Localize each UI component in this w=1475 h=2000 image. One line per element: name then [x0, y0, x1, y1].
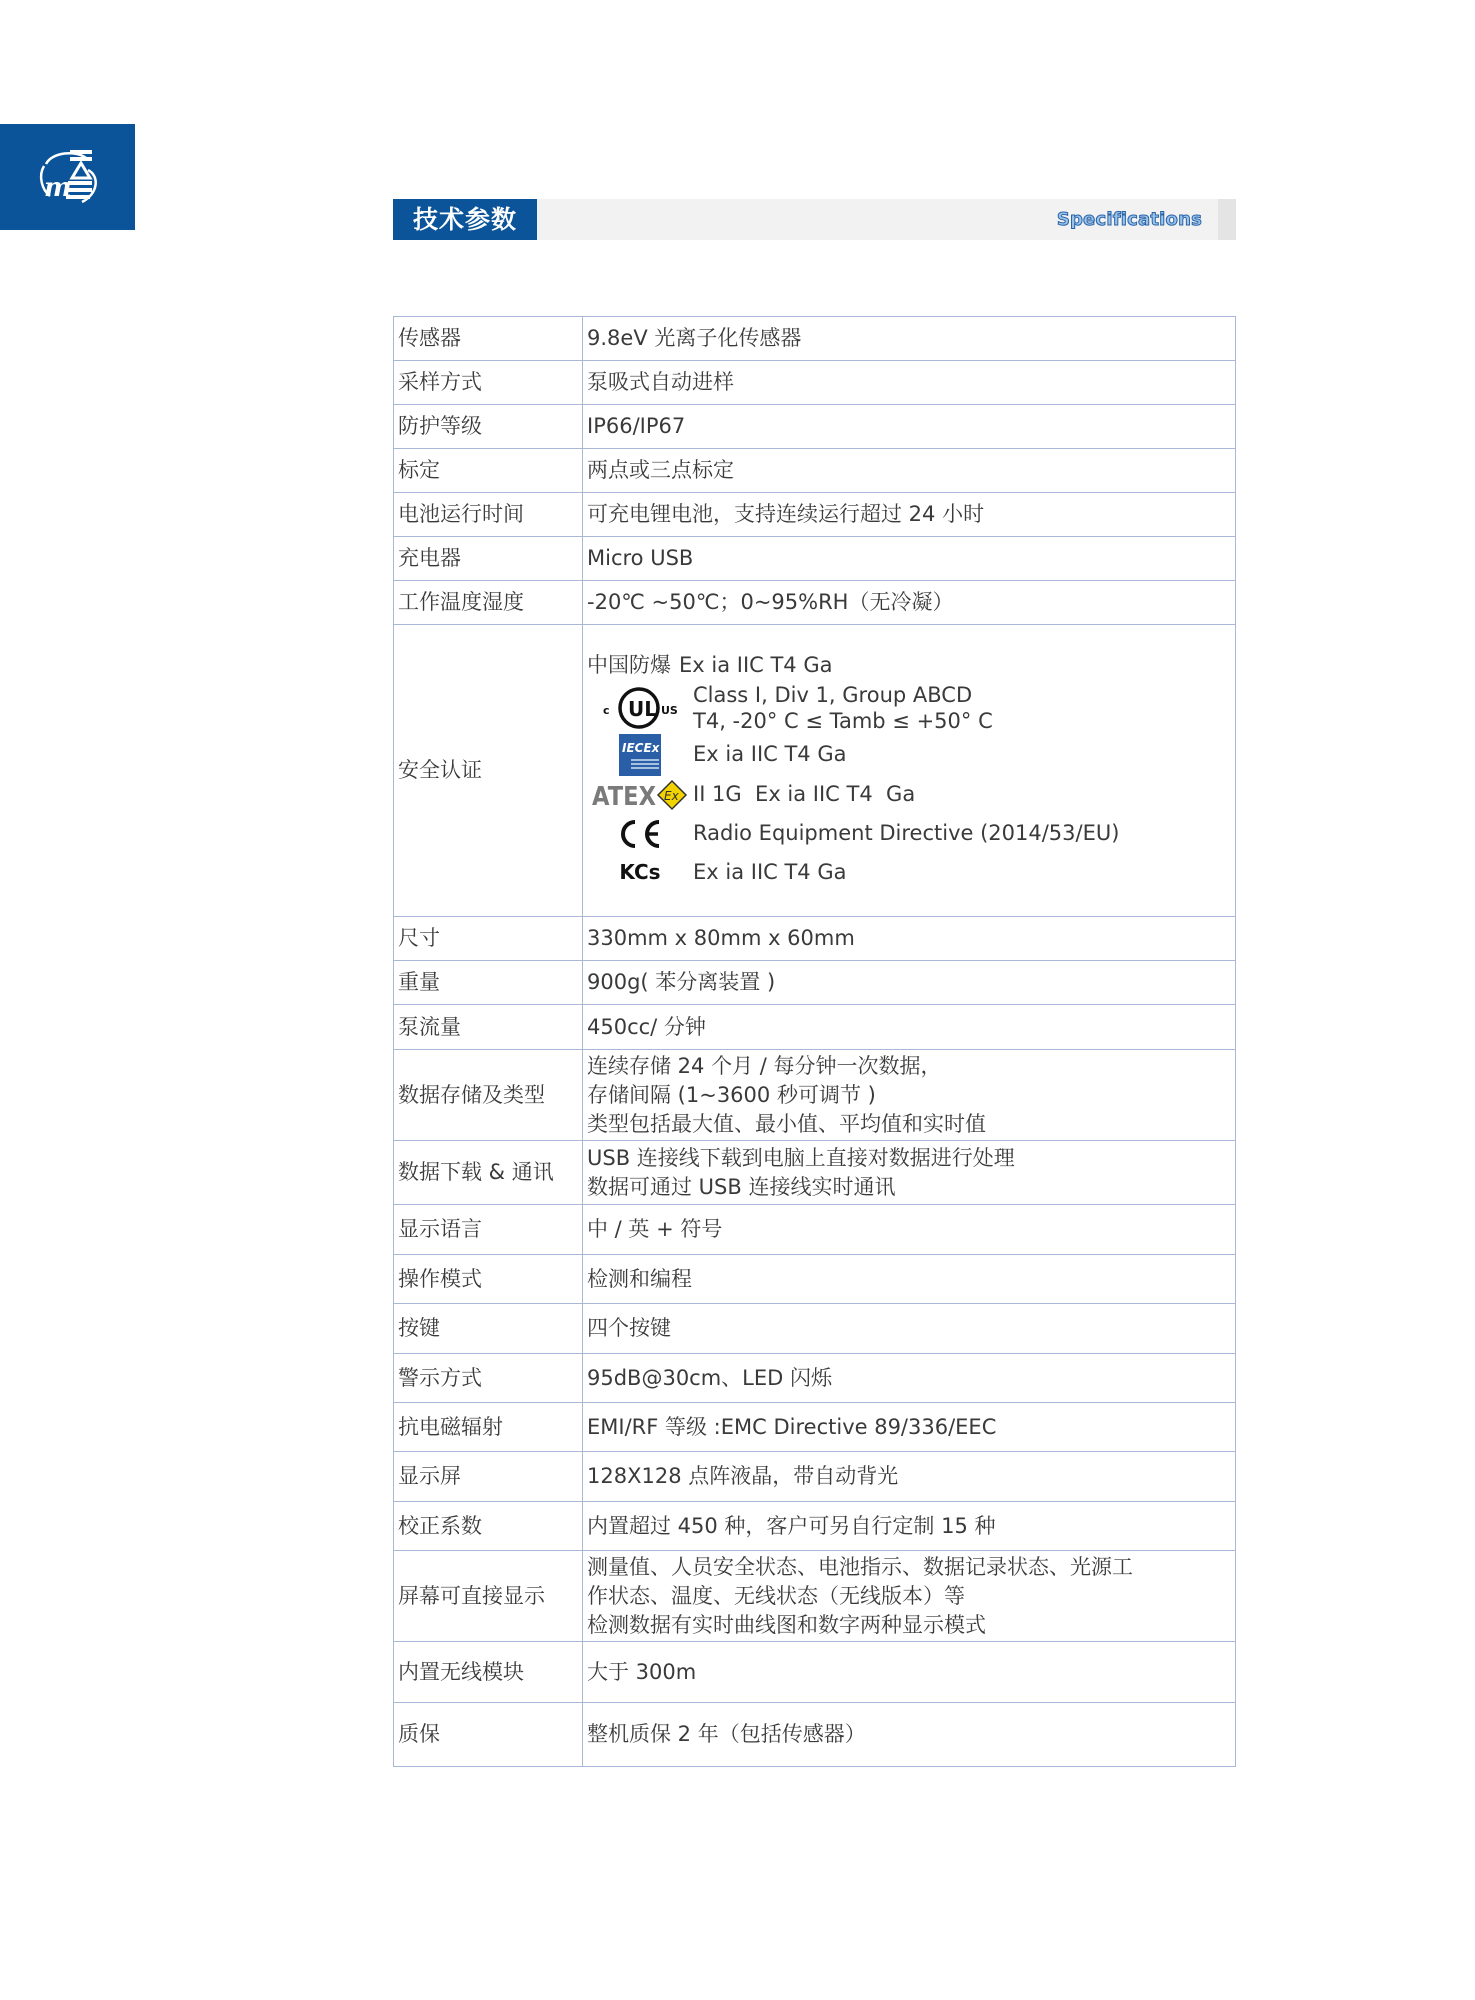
header-end-strip — [1218, 199, 1236, 240]
table-row-certification: 安全认证 中国防爆 Ex ia IIC T4 Ga c UL US — [394, 625, 1236, 917]
cert-item-atex: ATEX Ex II 1G Ex ia IIC T4 Ga — [587, 776, 1231, 814]
table-row: 电池运行时间可充电锂电池，支持连续运行超过 24 小时 — [394, 493, 1236, 537]
spec-label: 校正系数 — [394, 1502, 583, 1551]
spec-label: 操作模式 — [394, 1255, 583, 1304]
section-header: 技术参数 Specifications — [393, 199, 1236, 240]
cert-text: Ex ia IIC T4 Ga — [679, 651, 832, 680]
spec-label: 内置无线模块 — [394, 1642, 583, 1703]
spec-label: 警示方式 — [394, 1354, 583, 1403]
cert-text: Radio Equipment Directive (2014/53/EU) — [693, 819, 1119, 848]
table-row: 质保整机质保 2 年（包括传感器） — [394, 1703, 1236, 1767]
cert-text: II 1G Ex ia IIC T4 Ga — [693, 780, 915, 809]
spec-value: -20℃ ~50℃；0~95%RH（无冷凝） — [583, 581, 1236, 625]
ul-listed-icon: c UL US — [587, 685, 693, 731]
table-row: 操作模式检测和编程 — [394, 1255, 1236, 1304]
table-row: 数据存储及类型 连续存储 24 个月 / 每分钟一次数据， 存储间隔 (1~36… — [394, 1050, 1236, 1141]
spec-value: 检测和编程 — [587, 1265, 1231, 1294]
spec-value: 大于 300m — [587, 1658, 1231, 1687]
spec-value-line: 连续存储 24 个月 / 每分钟一次数据， — [587, 1052, 1231, 1081]
spec-label: 充电器 — [394, 537, 583, 581]
spec-label: 重量 — [394, 961, 583, 1005]
svg-text:US: US — [661, 704, 678, 717]
spec-label: 工作温度湿度 — [394, 581, 583, 625]
cert-text: Ex ia IIC T4 Ga — [693, 740, 846, 769]
spec-label: 电池运行时间 — [394, 493, 583, 537]
spec-label: 按键 — [394, 1304, 583, 1354]
table-row: 显示语言中 / 英 + 符号 — [394, 1205, 1236, 1255]
spec-label: 抗电磁辐射 — [394, 1403, 583, 1452]
spec-value: Micro USB — [583, 537, 1236, 581]
cert-item-china: 中国防爆 Ex ia IIC T4 Ga — [587, 650, 1231, 682]
spec-value-line: 检测数据有实时曲线图和数字两种显示模式 — [587, 1611, 1231, 1640]
spec-label: 传感器 — [394, 317, 583, 361]
spec-value-line: 数据可通过 USB 连接线实时通讯 — [587, 1173, 1231, 1202]
svg-text:Ex: Ex — [664, 789, 680, 803]
spec-value-line: 存储间隔 (1~3600 秒可调节 ) — [587, 1081, 1231, 1110]
spec-value: 整机质保 2 年（包括传感器） — [587, 1720, 1231, 1749]
table-row: 显示屏128X128 点阵液晶，带自动背光 — [394, 1452, 1236, 1502]
cert-text: Class I, Div 1, Group ABCD — [693, 682, 993, 708]
section-subtitle: Specifications — [1057, 199, 1202, 240]
spec-label: 采样方式 — [394, 361, 583, 405]
cert-text: T4, -20° C ≤ Tamb ≤ +50° C — [693, 708, 993, 734]
spec-value-line: 测量值、人员安全状态、电池指示、数据记录状态、光源工 — [587, 1553, 1231, 1582]
spec-value-line: USB 连接线下载到电脑上直接对数据进行处理 — [587, 1144, 1231, 1173]
spec-value: 95dB@30cm、LED 闪烁 — [587, 1364, 1231, 1393]
table-row: 内置无线模块大于 300m — [394, 1642, 1236, 1703]
cert-item-ce: Radio Equipment Directive (2014/53/EU) — [587, 814, 1231, 854]
table-row: 泵流量450cc/ 分钟 — [394, 1005, 1236, 1050]
cert-cell: 中国防爆 Ex ia IIC T4 Ga c UL US — [583, 625, 1236, 917]
spec-value-line: 类型包括最大值、最小值、平均值和实时值 — [587, 1110, 1231, 1139]
kcs-icon: KCs — [587, 858, 693, 887]
spec-value: 9.8eV 光离子化传感器 — [583, 317, 1236, 361]
spec-value: 450cc/ 分钟 — [587, 1013, 1231, 1042]
spec-label: 泵流量 — [394, 1005, 583, 1050]
table-row: 尺寸330mm x 80mm x 60mm — [394, 917, 1236, 961]
spec-label: 安全认证 — [394, 625, 583, 917]
spec-value: 900g( 苯分离装置 ) — [587, 968, 1231, 997]
spec-label: 数据存储及类型 — [394, 1050, 583, 1141]
svg-text:IECEx: IECEx — [622, 741, 661, 755]
table-row: 数据下载 & 通讯 USB 连接线下载到电脑上直接对数据进行处理 数据可通过 U… — [394, 1141, 1236, 1205]
iecex-icon: IECEx — [587, 734, 693, 776]
spec-value: 两点或三点标定 — [583, 449, 1236, 493]
table-row: 防护等级IP66/IP67 — [394, 405, 1236, 449]
table-row: 传感器9.8eV 光离子化传感器 — [394, 317, 1236, 361]
table-row: 校正系数内置超过 450 种，客户可另自行定制 15 种 — [394, 1502, 1236, 1551]
spec-label: 数据下载 & 通讯 — [394, 1141, 583, 1205]
spec-label: 标定 — [394, 449, 583, 493]
cert-china-label: 中国防爆 — [587, 651, 671, 680]
spec-label: 质保 — [394, 1703, 583, 1767]
table-row: 屏幕可直接显示 测量值、人员安全状态、电池指示、数据记录状态、光源工 作状态、温… — [394, 1551, 1236, 1642]
spec-value: 中 / 英 + 符号 — [587, 1215, 1231, 1244]
spec-label: 显示语言 — [394, 1205, 583, 1255]
cert-item-iecex: IECEx Ex ia IIC T4 Ga — [587, 734, 1231, 776]
table-row: 采样方式泵吸式自动进样 — [394, 361, 1236, 405]
table-row: 充电器Micro USB — [394, 537, 1236, 581]
table-row: 抗电磁辐射EMI/RF 等级 :EMC Directive 89/336/EEC — [394, 1403, 1236, 1452]
cert-item-kcs: KCs Ex ia IIC T4 Ga — [587, 854, 1231, 892]
brand-logo: m — [0, 124, 135, 230]
mpas-logo-icon: m — [36, 146, 100, 208]
table-row: 重量900g( 苯分离装置 ) — [394, 961, 1236, 1005]
table-row: 按键四个按键 — [394, 1304, 1236, 1354]
spec-label: 显示屏 — [394, 1452, 583, 1502]
cert-item-ul: c UL US Class I, Div 1, Group ABCD T4, -… — [587, 682, 1231, 734]
svg-text:ATEX: ATEX — [592, 782, 656, 811]
spec-label: 尺寸 — [394, 917, 583, 961]
spec-label: 屏幕可直接显示 — [394, 1551, 583, 1642]
spec-value: 128X128 点阵液晶，带自动背光 — [587, 1462, 1231, 1491]
spec-value: 内置超过 450 种，客户可另自行定制 15 种 — [587, 1512, 1231, 1541]
spec-value: 四个按键 — [587, 1314, 1231, 1343]
spec-label: 防护等级 — [394, 405, 583, 449]
cert-text: Ex ia IIC T4 Ga — [693, 858, 846, 887]
spec-value: 可充电锂电池，支持连续运行超过 24 小时 — [583, 493, 1236, 537]
spec-value-line: 作状态、温度、无线状态（无线版本）等 — [587, 1582, 1231, 1611]
atex-ex-icon: ATEX Ex — [587, 779, 693, 811]
spec-value: EMI/RF 等级 :EMC Directive 89/336/EEC — [587, 1413, 1231, 1442]
svg-text:c: c — [603, 704, 610, 717]
table-row: 工作温度湿度-20℃ ~50℃；0~95%RH（无冷凝） — [394, 581, 1236, 625]
table-row: 标定两点或三点标定 — [394, 449, 1236, 493]
section-title: 技术参数 — [393, 199, 537, 240]
table-row: 警示方式95dB@30cm、LED 闪烁 — [394, 1354, 1236, 1403]
svg-text:UL: UL — [628, 697, 657, 721]
spec-value: 泵吸式自动进样 — [583, 361, 1236, 405]
ce-mark-icon — [587, 818, 693, 850]
spec-value: 330mm x 80mm x 60mm — [587, 924, 1231, 953]
spec-table: 传感器9.8eV 光离子化传感器 采样方式泵吸式自动进样 防护等级IP66/IP… — [393, 316, 1236, 1767]
spec-value: IP66/IP67 — [583, 405, 1236, 449]
